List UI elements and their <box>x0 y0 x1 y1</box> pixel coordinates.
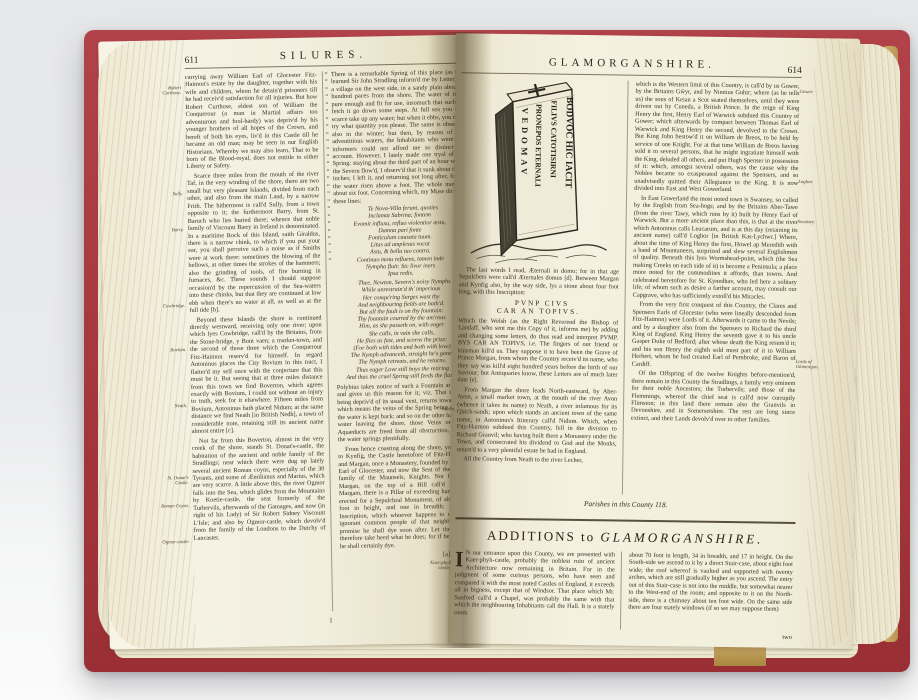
left-page-content: 611 SILURES. carrying away William Earl … <box>184 47 473 644</box>
paragraph: All the Country from Neath to the river … <box>456 455 616 465</box>
margin-note: Barry. <box>154 228 184 234</box>
left-header-rule <box>185 63 463 69</box>
margin-note: Neath. <box>157 404 187 410</box>
additions-heading: ADDITIONS to GLAMORGANSHIRE. <box>455 527 795 548</box>
margin-note: Sully. <box>153 192 183 198</box>
additions-column-divider <box>620 552 622 630</box>
photo-of-open-book: 611 SILURES. carrying away William Earl … <box>0 0 918 700</box>
left-column-1: carrying away William Earl of Glocester … <box>185 71 327 613</box>
stone-inscription-heading: PVNP CIVS CAR AN TOPIVS. <box>458 298 618 317</box>
inscription-line-1: BODVOC HIC IACIT <box>563 97 574 189</box>
margin-note: Nidum. <box>441 407 455 413</box>
right-header-rule <box>462 72 802 78</box>
additions-first-paragraph: N our entrance upon this County, we are … <box>454 549 615 616</box>
additions-heading-roman: ADDITIONS to <box>487 528 595 545</box>
bodvoc-stone-woodcut: BODVOC HIC IACIT FILIVS CATOTISIRNI PRON… <box>463 78 616 266</box>
additions-column-2: about 70 foot in length, 34 in breadth, … <box>628 552 793 632</box>
left-running-title: SILURES. <box>184 47 462 64</box>
margin-note: Gower. <box>799 90 829 96</box>
right-column-divider <box>622 81 629 495</box>
additions-heading-county: GLAMORGANSHIRE. <box>600 529 763 546</box>
margin-note: St. Donat's Castle. <box>159 476 189 487</box>
drop-cap: I <box>455 549 464 568</box>
right-running-title: GLAMORGANSHIRE. <box>462 55 802 72</box>
inscription-line-3: PRONEPOS ETERNALI <box>533 104 543 187</box>
margin-note: Lords of Glamorgan. <box>796 360 826 371</box>
paragraph: The last words I read, Æternali in domo;… <box>459 266 619 298</box>
right-catchword: two <box>782 634 792 641</box>
additions-rule <box>455 517 795 523</box>
latin-verse: Te Nova-Villa ferunt, quoties Inclamat S… <box>333 205 466 280</box>
inscription-line-2: FILIVS CATOTISIRNI <box>549 100 559 178</box>
left-page: 611 SILURES. carrying away William Earl … <box>98 34 484 649</box>
parishes-count-line: Parishes in this County 118. <box>456 497 796 511</box>
paragraph: Which the Welsh (as the Right Reverend t… <box>457 317 618 386</box>
inscription-line-4: VEDOMAV <box>519 108 530 179</box>
paragraph: which is the Western limit of this Count… <box>634 81 800 195</box>
paragraph: Not far from this Boverton, almost in th… <box>192 435 326 542</box>
paragraph: In East Gowerland the most noted town is… <box>633 195 798 302</box>
paragraph: Scarce three miles from the mouth of the… <box>187 170 322 314</box>
margin-note: Loghor. <box>798 180 828 186</box>
ground-hatch <box>476 254 596 265</box>
paragraph: From Margan the shore leads North-eastwa… <box>456 386 617 455</box>
margin-note: Bovium. <box>156 348 186 354</box>
margin-note: Ogmor-castle. <box>160 540 190 546</box>
ground-line <box>471 243 607 255</box>
right-column-2: which is the Western limit of this Count… <box>630 81 800 497</box>
open-book: 611 SILURES. carrying away William Earl … <box>84 30 910 672</box>
margin-note: Kaer-phyli castle. <box>421 561 451 572</box>
paragraph: IN our entrance upon this County, we are… <box>454 549 615 618</box>
footnote-bracket: [a] <box>443 551 450 558</box>
margin-note: Swansey. <box>798 220 828 226</box>
right-page: GLAMORGANSHIRE. 614 <box>448 33 860 649</box>
paragraph: carrying away William Earl of Glocester … <box>185 71 319 170</box>
signature-mark: 1 <box>329 617 332 624</box>
right-column-1: BODVOC HIC IACIT FILIVS CATOTISIRNI PRON… <box>456 78 622 494</box>
english-verse: Thee, Newton, Severn's noisy Nymphs Whil… <box>335 279 469 382</box>
quoted-letter: There is a remarkable Spring of this pla… <box>331 69 466 206</box>
paragraph: Of the Offspring of the twelve Knights b… <box>631 370 796 424</box>
paragraph: From the very first conquest of this Cou… <box>632 301 797 370</box>
margin-note: Robert Curthose. <box>151 86 181 97</box>
margin-note: Roman Coyns. <box>159 504 189 510</box>
right-page-number: 614 <box>787 66 801 76</box>
paragraph: about 70 foot in length, 34 in breadth, … <box>628 552 793 614</box>
margin-note: Cowbridge. <box>155 304 185 310</box>
right-page-content: GLAMORGANSHIRE. 614 <box>454 55 802 646</box>
additions-column-1: IN our entrance upon this County, we are… <box>454 549 615 633</box>
paragraph: Beyond these Islands the shore is contin… <box>189 314 323 436</box>
